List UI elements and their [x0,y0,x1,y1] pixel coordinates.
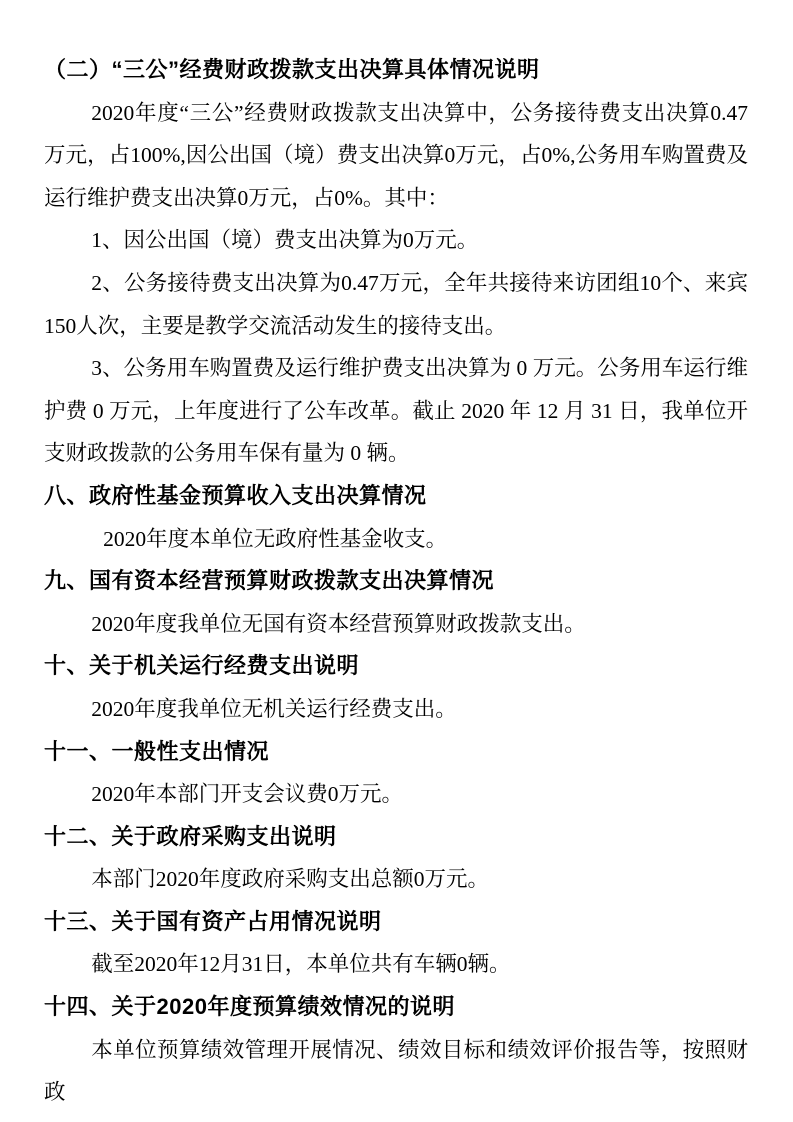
section-heading: 八、政府性基金预算收入支出决算情况 [44,475,748,518]
section-heading: 十四、关于2020年度预算绩效情况的说明 [44,986,748,1029]
section-heading: 十、关于机关运行经费支出说明 [44,645,748,688]
paragraph: 2020年度“三公”经费财政拨款支出决算中，公务接待费支出决算0.47万元，占1… [44,92,748,220]
section-heading: 十三、关于国有资产占用情况说明 [44,901,748,944]
document-page: （二）“三公”经费财政拨款支出决算具体情况说明2020年度“三公”经费财政拨款支… [0,0,793,1122]
paragraph: 2020年本部门开支会议费0万元。 [44,773,748,816]
paragraph: 本单位预算绩效管理开展情况、绩效目标和绩效评价报告等，按照财政 [44,1029,748,1114]
document-body: （二）“三公”经费财政拨款支出决算具体情况说明2020年度“三公”经费财政拨款支… [44,49,748,1114]
paragraph: 2020年度本单位无政府性基金收支。 [44,518,748,561]
paragraph: 本部门2020年度政府采购支出总额0万元。 [44,858,748,901]
section-heading: 十一、一般性支出情况 [44,731,748,774]
section-heading: （二）“三公”经费财政拨款支出决算具体情况说明 [44,49,748,92]
paragraph: 2020年度我单位无机关运行经费支出。 [44,688,748,731]
paragraph: 2、公务接待费支出决算为0.47万元，全年共接待来访团组10个、来宾150人次，… [44,262,748,347]
paragraph: 2020年度我单位无国有资本经营预算财政拨款支出。 [44,603,748,646]
section-heading: 十二、关于政府采购支出说明 [44,816,748,859]
section-heading: 九、国有资本经营预算财政拨款支出决算情况 [44,560,748,603]
paragraph: 1、因公出国（境）费支出决算为0万元。 [44,219,748,262]
paragraph: 3、公务用车购置费及运行维护费支出决算为 0 万元。公务用车运行维护费 0 万元… [44,347,748,475]
paragraph: 截至2020年12月31日，本单位共有车辆0辆。 [44,943,748,986]
